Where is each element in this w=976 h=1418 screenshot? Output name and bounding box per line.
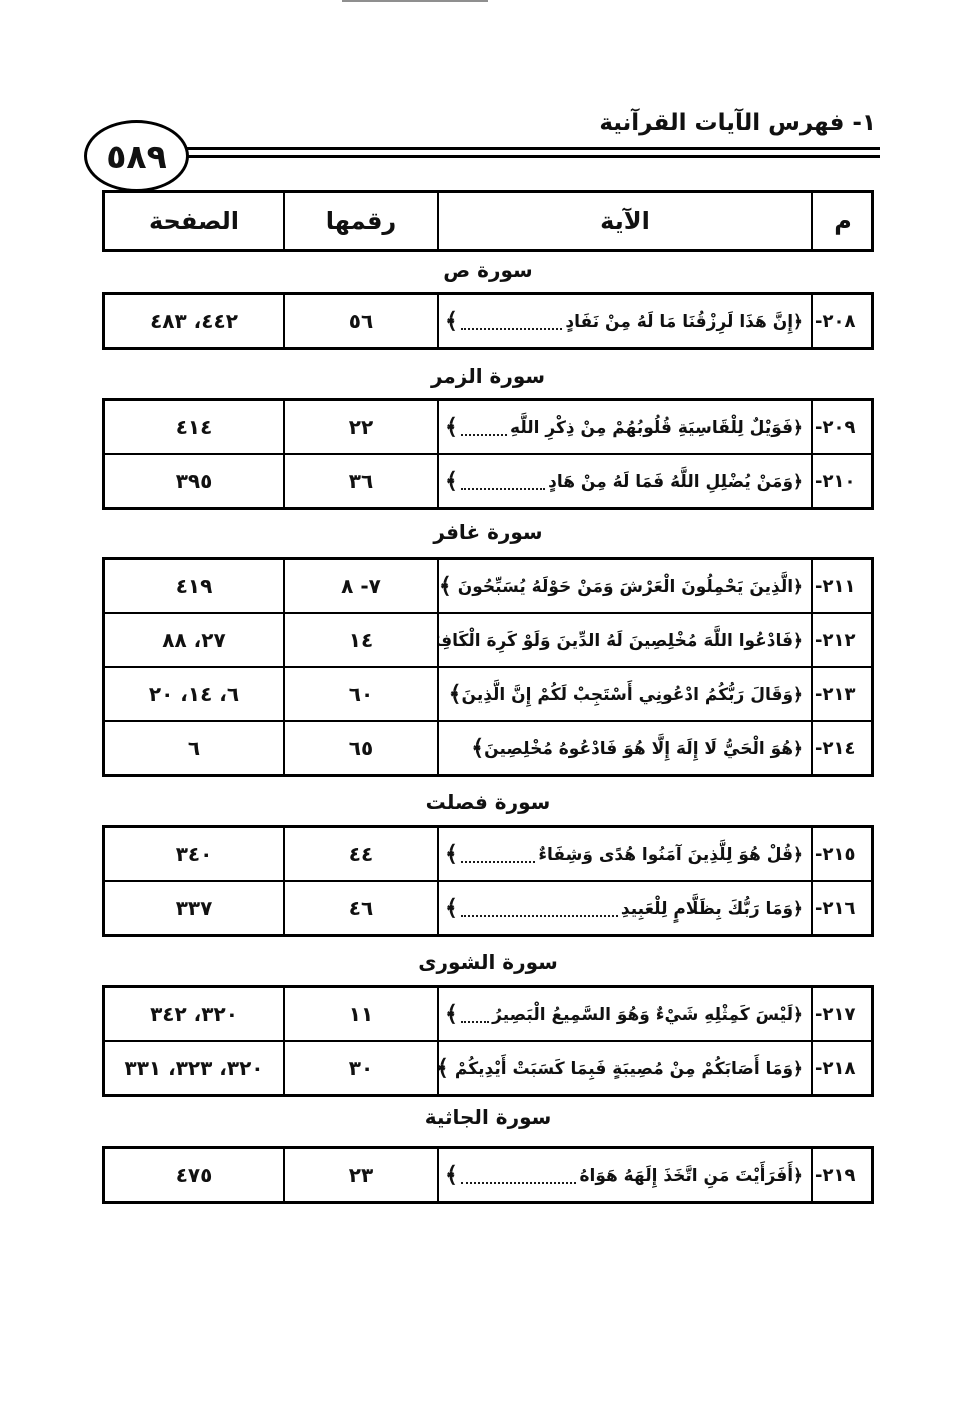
verse-number-cell: ٤٦ [283, 882, 437, 934]
table-row: ٢١٦-﴿وَمَا رَبُّكَ بِظَلَّامٍ لِلْعَبِيد… [105, 880, 871, 934]
page-numbers-cell: ٤٧٥ [105, 1149, 283, 1201]
verse-cell: ﴿وَقَالَ رَبُّكُمُ ادْعُونِي أَسْتَجِبْ … [437, 668, 811, 720]
verse-close-bracket: ﴾ [445, 842, 458, 867]
verse-text: ﴿فَادْعُوا اللَّهَ مُخْلِصِينَ لَهُ الدِ… [437, 630, 803, 651]
row-number-cell: ٢١٧- [811, 988, 871, 1040]
verse-cell: ﴿الَّذِينَ يَحْمِلُونَ الْعَرْشَ وَمَنْ … [437, 560, 811, 612]
verse-close-bracket: ﴾ [445, 896, 458, 921]
page-numbers-cell: ٣٢٠، ٣٤٢ [105, 988, 283, 1040]
page-numbers-cell: ٣٩٥ [105, 455, 283, 507]
table-row: ٢١٨-﴿وَمَا أَصَابَكُمْ مِنْ مُصِيبَةٍ فَ… [105, 1040, 871, 1094]
verse-number-cell: ٦٠ [283, 668, 437, 720]
row-number-cell: ٢١٦- [811, 882, 871, 934]
header-row: م الآية رقمها الصفحة [105, 193, 871, 249]
table-row: ٢٠٨-﴿إِنَّ هَذَا لَرِزْقُنَا مَا لَهُ مِ… [105, 295, 871, 347]
surah-title: سورة الشورى [102, 950, 874, 974]
verse-cell: ﴿فَوَيْلٌ لِلْقَاسِيَةِ قُلُوبُهُمْ مِنْ… [437, 401, 811, 453]
surah-title: سورة غافر [102, 520, 874, 544]
page-numbers-cell: ٤١٩ [105, 560, 283, 612]
row-number-cell: ٢١٩- [811, 1149, 871, 1201]
dotted-leader [461, 418, 507, 436]
index-table: ٢١٧-﴿لَيْسَ كَمِثْلِهِ شَيْءٌ وَهُوَ الس… [102, 985, 874, 1097]
page-number: ٥٨٩ [106, 137, 166, 176]
dotted-leader [461, 1166, 577, 1184]
verse-text: ﴿وَمَا رَبُّكَ بِظَلَّامٍ لِلْعَبِيدِ [621, 898, 803, 919]
index-table: ٢١٥-﴿قُلْ هُوَ لِلَّذِينَ آمَنُوا هُدًى … [102, 825, 874, 937]
verse-close-bracket: ﴾ [439, 574, 452, 599]
verse-cell: ﴿وَمَنْ يُضْلِلِ اللَّهُ فَمَا لَهُ مِنْ… [437, 455, 811, 507]
page-numbers-cell: ٦ [105, 722, 283, 774]
index-table-header: م الآية رقمها الصفحة [102, 190, 874, 252]
header-col-number: م [811, 193, 871, 249]
surah-title: سورة الجاثية [102, 1105, 874, 1129]
verse-text: ﴿إِنَّ هَذَا لَرِزْقُنَا مَا لَهُ مِنْ ن… [565, 311, 803, 332]
page-numbers-cell: ٣٢٠، ٣٢٣، ٣٣١ [105, 1042, 283, 1094]
row-number-cell: ٢١٣- [811, 668, 871, 720]
verse-text: ﴿الَّذِينَ يَحْمِلُونَ الْعَرْشَ وَمَنْ … [458, 576, 803, 597]
verse-number-cell: ٧- ٨ [283, 560, 437, 612]
dotted-leader [461, 312, 563, 330]
verse-text: ﴿لَيْسَ كَمِثْلِهِ شَيْءٌ وَهُوَ السَّمِ… [492, 1004, 803, 1025]
surah-title: سورة الزمر [102, 364, 874, 388]
scan-artifact-line [342, 0, 488, 2]
header-col-verse: الآية [437, 193, 811, 249]
verse-close-bracket: ﴾ [471, 736, 484, 761]
table-row: ٢١٤-﴿هُوَ الْحَيُّ لَا إِلَهَ إِلَّا هُو… [105, 720, 871, 774]
table-row: ٢١٥-﴿قُلْ هُوَ لِلَّذِينَ آمَنُوا هُدًى … [105, 828, 871, 880]
verse-text: ﴿وَمَا أَصَابَكُمْ مِنْ مُصِيبَةٍ فَبِمَ… [455, 1058, 803, 1079]
table-row: ٢١١-﴿الَّذِينَ يَحْمِلُونَ الْعَرْشَ وَم… [105, 560, 871, 612]
header-col-verse-number: رقمها [283, 193, 437, 249]
verse-close-bracket: ﴾ [445, 469, 458, 494]
verse-text: ﴿هُوَ الْحَيُّ لَا إِلَهَ إِلَّا هُوَ فَ… [484, 738, 803, 759]
verse-cell: ﴿وَمَا رَبُّكَ بِظَلَّامٍ لِلْعَبِيدِ﴾ [437, 882, 811, 934]
dotted-leader [461, 1005, 489, 1023]
surah-title: سورة فصلت [102, 790, 874, 814]
verse-cell: ﴿إِنَّ هَذَا لَرِزْقُنَا مَا لَهُ مِنْ ن… [437, 295, 811, 347]
verse-number-cell: ١٤ [283, 614, 437, 666]
page-numbers-cell: ٣٣٧ [105, 882, 283, 934]
verse-number-cell: ٣٦ [283, 455, 437, 507]
table-row: ٢١٠-﴿وَمَنْ يُضْلِلِ اللَّهُ فَمَا لَهُ … [105, 453, 871, 507]
index-table: ٢٠٩-﴿فَوَيْلٌ لِلْقَاسِيَةِ قُلُوبُهُمْ … [102, 398, 874, 510]
verse-cell: ﴿لَيْسَ كَمِثْلِهِ شَيْءٌ وَهُوَ السَّمِ… [437, 988, 811, 1040]
verse-close-bracket: ﴾ [445, 1163, 458, 1188]
table-row: ٢١٩-﴿أَفَرَأَيْتَ مَنِ اتَّخَذَ إِلَهَهُ… [105, 1149, 871, 1201]
verse-number-cell: ٦٥ [283, 722, 437, 774]
verse-close-bracket: ﴾ [445, 309, 458, 334]
page-numbers-cell: ٤٤٢، ٤٨٣ [105, 295, 283, 347]
page-numbers-cell: ٢٧، ٨٨ [105, 614, 283, 666]
dotted-leader [461, 845, 535, 863]
scanned-index-page: ١- فهرس الآيات القرآنية ٥٨٩ م الآية رقمه… [0, 0, 976, 1418]
index-table: ٢١١-﴿الَّذِينَ يَحْمِلُونَ الْعَرْشَ وَم… [102, 557, 874, 777]
verse-text: ﴿قُلْ هُوَ لِلَّذِينَ آمَنُوا هُدًى وَشِ… [538, 844, 803, 865]
verse-number-cell: ١١ [283, 988, 437, 1040]
table-row: ٢١٧-﴿لَيْسَ كَمِثْلِهِ شَيْءٌ وَهُوَ الس… [105, 988, 871, 1040]
dotted-leader [461, 899, 618, 917]
verse-text: ﴿وَقَالَ رَبُّكُمُ ادْعُونِي أَسْتَجِبْ … [462, 684, 803, 705]
verse-cell: ﴿قُلْ هُوَ لِلَّذِينَ آمَنُوا هُدًى وَشِ… [437, 828, 811, 880]
index-table: ٢١٩-﴿أَفَرَأَيْتَ مَنِ اتَّخَذَ إِلَهَهُ… [102, 1146, 874, 1204]
table-row: ٢١٣-﴿وَقَالَ رَبُّكُمُ ادْعُونِي أَسْتَج… [105, 666, 871, 720]
dotted-leader [461, 472, 545, 490]
verse-close-bracket: ﴾ [445, 1002, 458, 1027]
row-number-cell: ٢١٥- [811, 828, 871, 880]
page-numbers-cell: ٣٤٠ [105, 828, 283, 880]
verse-cell: ﴿أَفَرَأَيْتَ مَنِ اتَّخَذَ إِلَهَهُ هَو… [437, 1149, 811, 1201]
header-col-page: الصفحة [105, 193, 283, 249]
verse-number-cell: ٢٣ [283, 1149, 437, 1201]
surah-title: سورة ص [102, 258, 874, 282]
verse-number-cell: ٢٢ [283, 401, 437, 453]
verse-close-bracket: ﴾ [449, 682, 462, 707]
table-row: ٢٠٩-﴿فَوَيْلٌ لِلْقَاسِيَةِ قُلُوبُهُمْ … [105, 401, 871, 453]
row-number-cell: ٢١٢- [811, 614, 871, 666]
header-double-rule [183, 147, 880, 158]
page-numbers-cell: ٤١٤ [105, 401, 283, 453]
verse-cell: ﴿هُوَ الْحَيُّ لَا إِلَهَ إِلَّا هُوَ فَ… [437, 722, 811, 774]
verse-text: ﴿وَمَنْ يُضْلِلِ اللَّهُ فَمَا لَهُ مِنْ… [548, 471, 803, 492]
index-table: ٢٠٨-﴿إِنَّ هَذَا لَرِزْقُنَا مَا لَهُ مِ… [102, 292, 874, 350]
row-number-cell: ٢١٠- [811, 455, 871, 507]
row-number-cell: ٢٠٩- [811, 401, 871, 453]
page-title: ١- فهرس الآيات القرآنية [599, 110, 876, 136]
verse-number-cell: ٣٠ [283, 1042, 437, 1094]
verse-close-bracket: ﴾ [437, 1056, 449, 1081]
page-number-badge: ٥٨٩ [84, 120, 189, 192]
verse-cell: ﴿وَمَا أَصَابَكُمْ مِنْ مُصِيبَةٍ فَبِمَ… [437, 1042, 811, 1094]
row-number-cell: ٢١٤- [811, 722, 871, 774]
verse-text: ﴿فَوَيْلٌ لِلْقَاسِيَةِ قُلُوبُهُمْ مِنْ… [510, 417, 803, 438]
verse-number-cell: ٤٤ [283, 828, 437, 880]
table-row: ٢١٢-﴿فَادْعُوا اللَّهَ مُخْلِصِينَ لَهُ … [105, 612, 871, 666]
row-number-cell: ٢١٨- [811, 1042, 871, 1094]
verse-close-bracket: ﴾ [445, 415, 458, 440]
row-number-cell: ٢٠٨- [811, 295, 871, 347]
page-numbers-cell: ٦، ١٤، ٢٠ [105, 668, 283, 720]
verse-cell: ﴿فَادْعُوا اللَّهَ مُخْلِصِينَ لَهُ الدِ… [437, 614, 811, 666]
verse-text: ﴿أَفَرَأَيْتَ مَنِ اتَّخَذَ إِلَهَهُ هَو… [579, 1165, 803, 1186]
verse-number-cell: ٥٦ [283, 295, 437, 347]
row-number-cell: ٢١١- [811, 560, 871, 612]
